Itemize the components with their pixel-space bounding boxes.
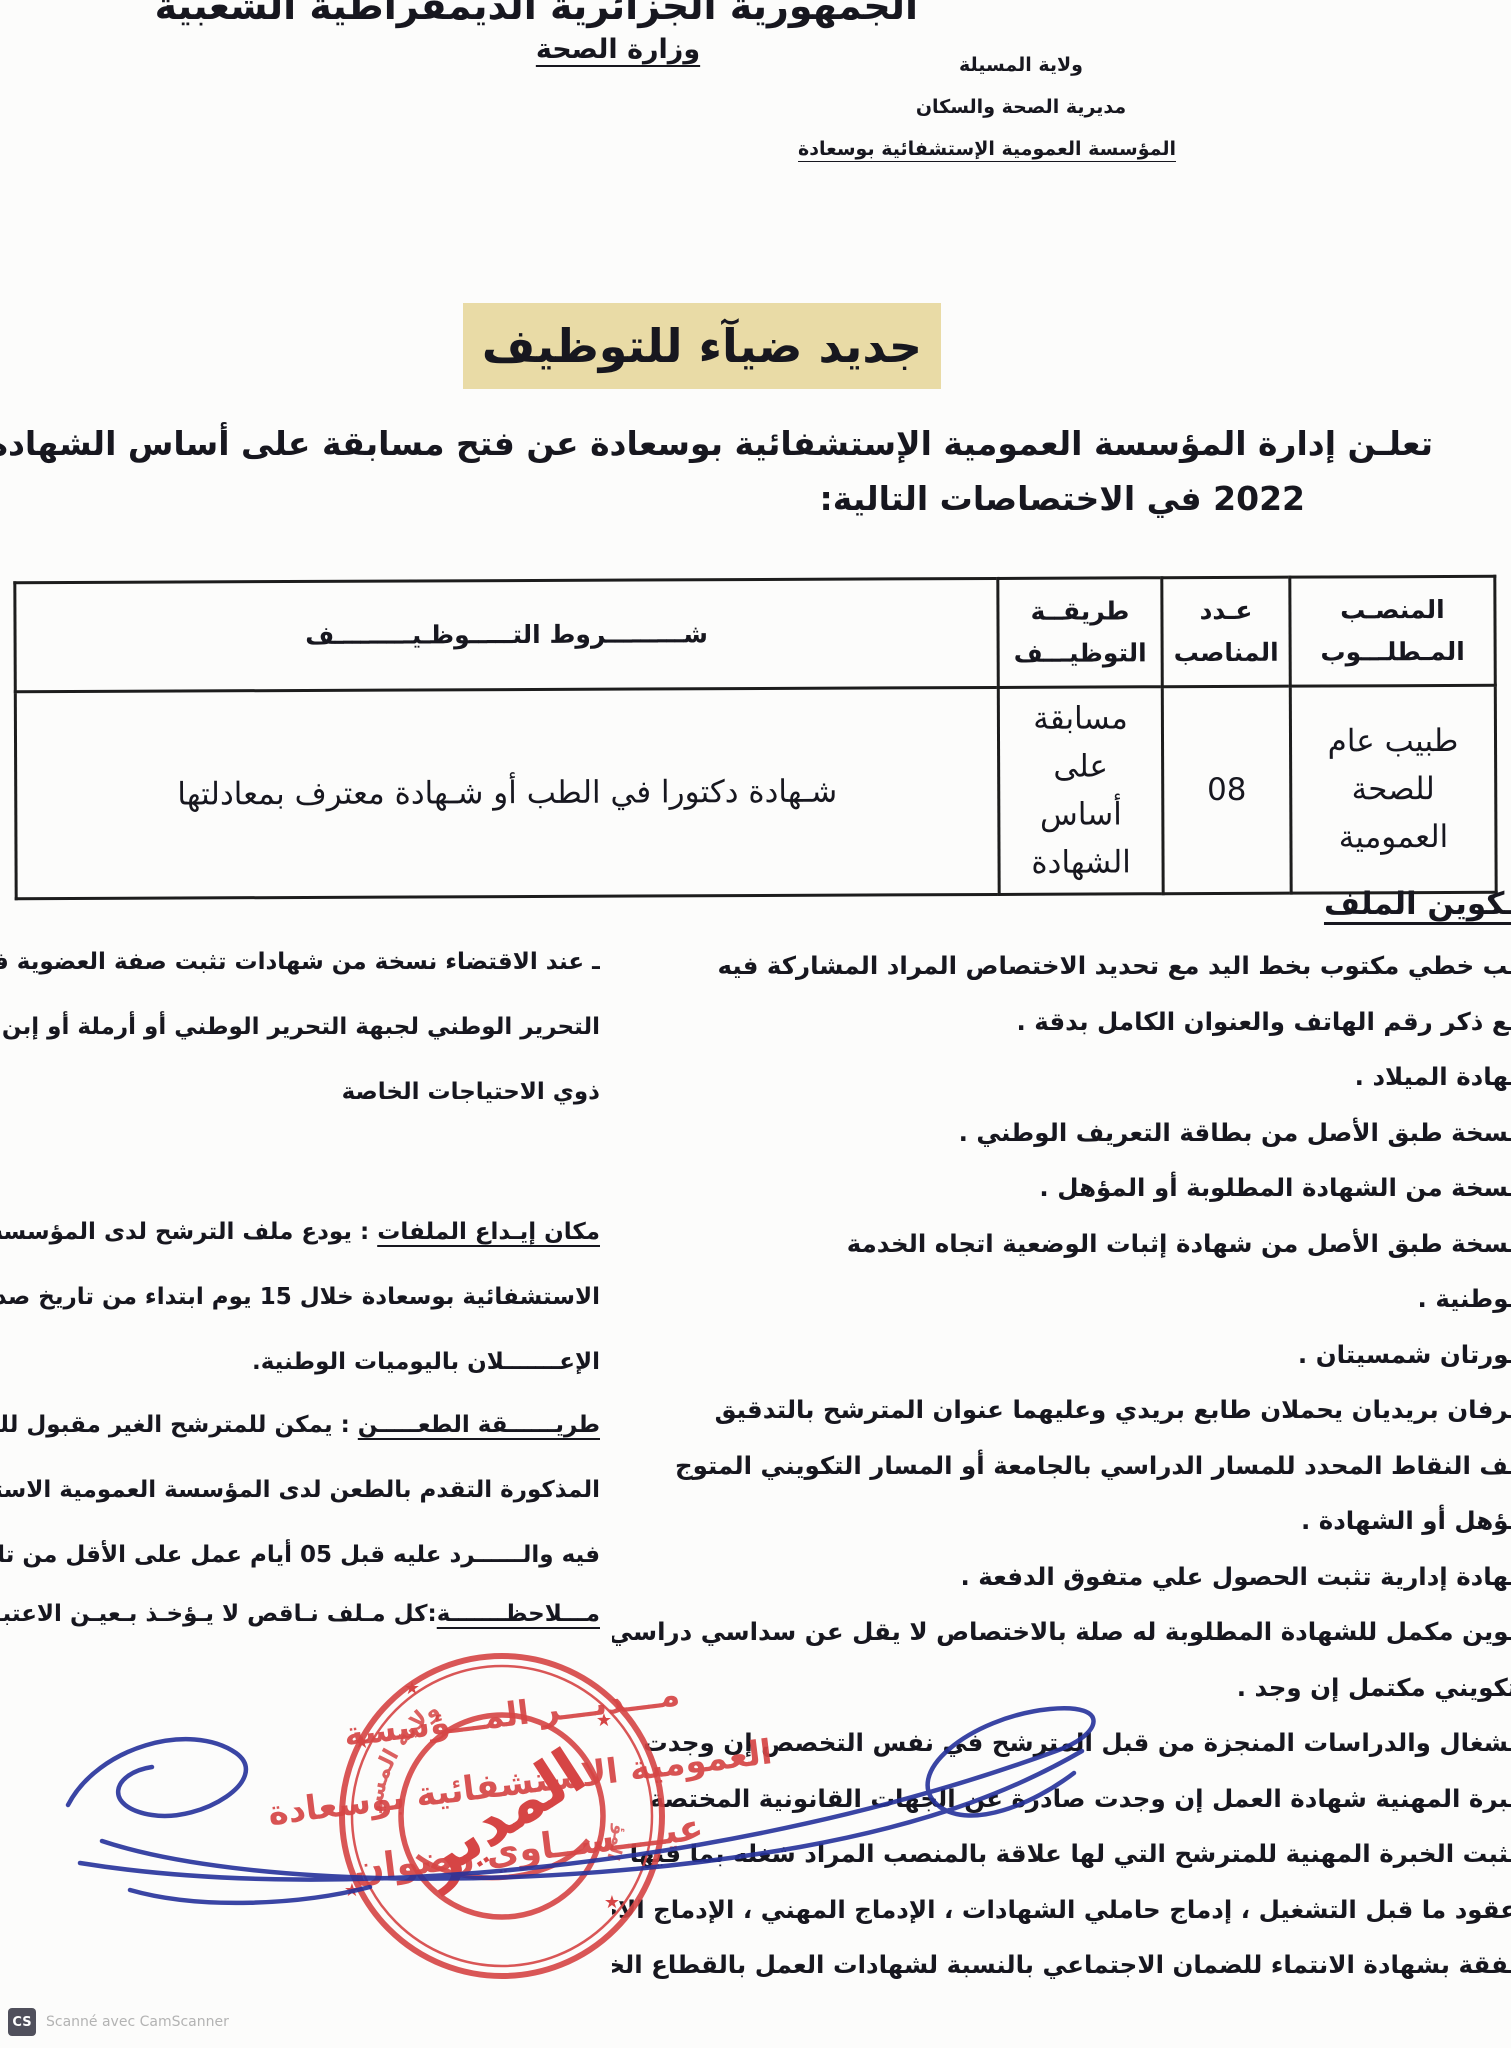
membership-note-line: ذوي الاحتياجات الخاصة [0,1060,600,1125]
membership-note-line: ـ عند الاقتضاء نسخة من شهادات تثبت صفة ا… [0,930,600,995]
org-wilaya: ولاية المسيلة [866,44,1176,86]
camscanner-text: Scanné avec CamScanner [46,2014,229,2030]
deposit-line-2: الاستشفائية بوسعادة خلال 15 يوم ابتداء م… [0,1265,600,1330]
remark-label: مـــلاحظـــــــة [437,1601,600,1627]
document-page: الجمهورية الجزائرية الديمقراطية الشعبية … [0,0,1511,2048]
membership-note: ـ عند الاقتضاء نسخة من شهادات تثبت صفة ا… [0,930,600,1125]
file-requirement-item: ـب خطي مكتوب بخط اليد مع تحديد الاختصاص … [612,938,1511,994]
table-header-row: المنصـب المـطلـــوب عـدد المناصب طريقــة… [15,576,1495,691]
remark-rest: :كل مـلف نـاقص لا يـؤخـذ بـعيـن الاعتبــ… [0,1601,437,1627]
banner-title: جديد ضيآء للتوظيف [482,319,922,373]
appeal-line-1-rest: : يمكن للمترشح الغير مقبول للمشاركة في ا… [0,1412,358,1438]
header-conditions: شـــــــــروط التـــــوظـيـــــــــف [15,578,999,691]
file-requirement-item: ـف النقاط المحدد للمسار الدراسي بالجامعة… [612,1438,1511,1494]
appeal-line-3: فيه والــــــرد عليه قبل 05 أيام عمل على… [0,1523,600,1588]
title-banner: جديد ضيآء للتوظيف [463,303,941,389]
org-block: ولاية المسيلة مديرية الصحة والسكان المؤس… [866,44,1176,170]
file-requirement-item: ـهادة الميلاد . [612,1049,1511,1105]
file-requirement-item: ـع ذكر رقم الهاتف والعنوان الكامل بدقة . [612,994,1511,1050]
file-requirement-item: ـوين مكمل للشهادة المطلوبة له صلة بالاخت… [612,1604,1511,1660]
intro-paragraph: تعلـن إدارة المؤسسة العمومية الإستشفائية… [5,424,1505,518]
deposit-line-1: مكان إيـداع الملفات : يودع ملف الترشح لد… [0,1200,600,1265]
header-count: عـدد المناصب [1162,577,1290,687]
file-requirement-item: ـسخة طبق الأصل من بطاقة التعريف الوطني . [612,1105,1511,1161]
signature-scribble [40,1655,1140,1955]
header-method: طريقــة التوظيـــف [998,578,1162,688]
cell-conditions: شـهادة دكتورا في الطب أو شـهادة معترف بم… [15,687,999,898]
file-requirement-item: ـوطنية . [612,1271,1511,1327]
republic-title: الجمهورية الجزائرية الديمقراطية الشعبية [318,0,918,28]
file-requirement-item: ـسخة من الشهادة المطلوبة أو المؤهل . [612,1160,1511,1216]
intro-line-1: تعلـن إدارة المؤسسة العمومية الإستشفائية… [5,424,1505,463]
deposit-label: مكان إيـداع الملفات [377,1219,600,1245]
camscanner-badge: CS [8,2008,36,2036]
intro-line-2: 2022 في الاختصاصات التالية: [5,479,1505,518]
scanner-footer: CS Scanné avec CamScanner [8,2008,229,2036]
table-row: طبيب عام للصحة العمومية 08 مسابقة على أس… [15,685,1496,899]
deposit-paragraph: مكان إيـداع الملفات : يودع ملف الترشح لد… [0,1200,600,1395]
appeal-paragraph: طريــــــقة الطعـــــن : يمكن للمترشح ال… [0,1393,600,1588]
cell-method: مسابقة على أساس الشهادة [998,687,1163,895]
file-requirement-item: ـؤهل أو الشهادة . [612,1493,1511,1549]
header-position: المنصـب المـطلـــوب [1290,576,1495,686]
appeal-line-2: المذكورة التقدم بالطعن لدى المؤسسة العمو… [0,1458,600,1523]
cell-position: طبيب عام للصحة العمومية [1290,685,1496,893]
file-requirement-item: ـرفان بريديان يحملان طابع بريدي وعليهما … [612,1382,1511,1438]
file-section-title: ـكوين الملف [1324,886,1511,922]
membership-note-line: التحرير الوطني لجبهة التحرير الوطني أو أ… [0,995,600,1060]
file-requirement-item: ـورتان شمسيتان . [612,1327,1511,1383]
ministry-title: وزارة الصحة [318,34,918,65]
deposit-line-3: الإعـــــــلان باليوميات الوطنية. [0,1330,600,1395]
recruitment-table: المنصـب المـطلـــوب عـدد المناصب طريقــة… [13,575,1497,901]
org-directorate: مديرية الصحة والسكان [866,86,1176,128]
national-header: الجمهورية الجزائرية الديمقراطية الشعبية … [318,0,918,65]
file-requirement-item: ـهادة إدارية تثبت الحصول علي متفوق الدفع… [612,1549,1511,1605]
deposit-line-1-rest: : يودع ملف الترشح لدى المؤسسة العمومية [0,1219,377,1245]
appeal-line-1: طريــــــقة الطعـــــن : يمكن للمترشح ال… [0,1393,600,1458]
org-establishment: المؤسسة العمومية الإستشفائية بوسعادة [866,128,1176,170]
cell-count: 08 [1162,686,1291,894]
appeal-label: طريــــــقة الطعـــــن [358,1412,600,1438]
file-requirement-item: ـسخة طبق الأصل من شهادة إثبات الوضعية ات… [612,1216,1511,1272]
